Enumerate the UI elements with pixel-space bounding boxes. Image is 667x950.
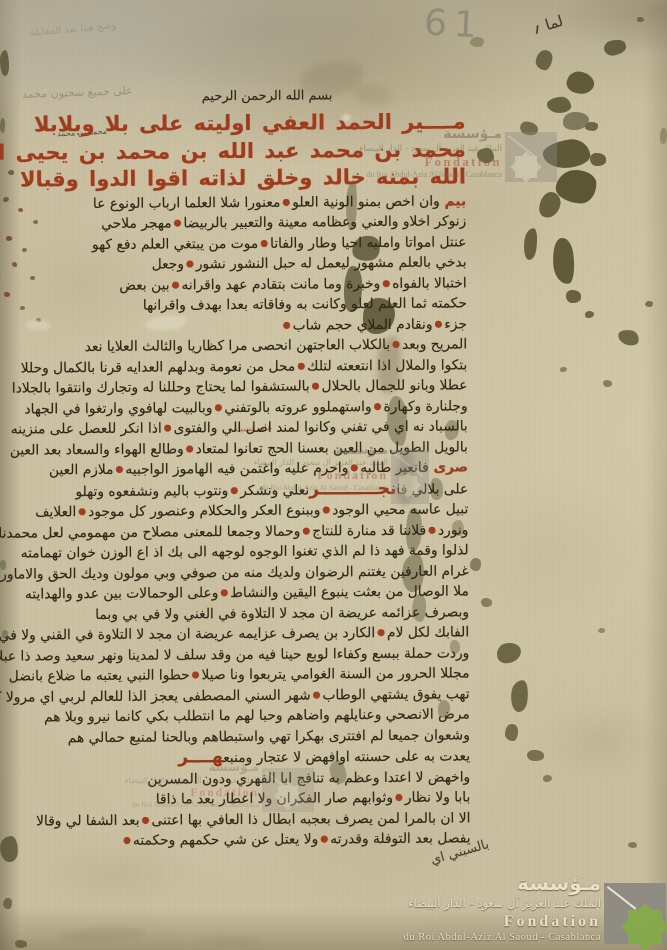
- text-segment: بسم الله الرحمن الرحيم: [202, 88, 333, 104]
- text-segment: بالويل الطويل من العين بعسنا الحج تعانوا…: [196, 439, 468, 457]
- text-segment: ونتوب باليم ونشفعوه وتهلو: [75, 483, 228, 500]
- text-segment: ●: [113, 465, 125, 475]
- text-segment: محل من نعومة وبدلهم العدايه قرنا بالكمال…: [21, 358, 296, 376]
- manuscript-scan: 61 وصح هذا بعد المقابلة على جميع سحنون م…: [0, 0, 667, 950]
- text-segment: وبصرف عزائمه عريضة ان مجد لا التلاوة في …: [95, 604, 469, 623]
- text-segment: ●: [320, 505, 332, 515]
- text-segment: ●: [432, 319, 444, 329]
- manuscript-line: مجللا الحرور من السنة الغوامي يتربعوا ون…: [11, 663, 469, 687]
- text-segment: بابا ولا نظار: [405, 789, 471, 805]
- text-segment: بيم: [440, 193, 467, 209]
- text-segment: ●: [170, 280, 182, 290]
- text-segment: ●: [190, 670, 202, 680]
- text-segment: ونورد: [438, 522, 469, 538]
- text-segment: ●: [228, 485, 240, 495]
- text-segment: ●: [281, 320, 293, 330]
- manuscript-line: بدخي بالعلم مشهور ليعمل له حبل النشور نش…: [9, 252, 467, 276]
- text-segment: ●: [280, 197, 292, 207]
- manuscript-line: الفابك لكل لام●الكارد بن يصرف عزايمه عري…: [11, 622, 469, 646]
- text-segment: حطوا النبي يعتبه ما ضلاع بانضل: [9, 667, 190, 684]
- text-segment: الكارد بن يصرف عزايمه عريضة ان مجد لا ال…: [0, 625, 375, 644]
- text-segment: وحمالا وجمعا للمعنى مصلاح من مهمومي لعل …: [0, 523, 300, 541]
- text-segment: ●: [310, 381, 322, 391]
- text-segment: ●: [76, 507, 88, 517]
- text-segment: ●: [121, 836, 133, 846]
- text-segment: يفصل بعد التوفلة وقدرته: [330, 830, 471, 847]
- text-segment: ●: [380, 278, 392, 288]
- text-segment: زنوكر اخلاو والعني وعظامه معينة والتعبير…: [183, 213, 466, 231]
- text-segment: الله بمنه خالد وخلق لذاته اقوا الدوا وقب…: [20, 164, 466, 191]
- text-segment: فانعير طالبه: [360, 460, 429, 476]
- text-segment: ملا الوصال من بعثت ينبوع اليقين والنشاط: [230, 583, 469, 601]
- manuscript-line: يفصل بعد التوفلة وقدرته●ولا يعتل عن شي ح…: [13, 828, 471, 852]
- text-segment: مجللا الحرور من السنة الغوامي يتربعوا ون…: [201, 665, 469, 683]
- text-segment: اختبالا بالفواه: [392, 275, 467, 292]
- text-segment: ●: [184, 259, 196, 269]
- text-segment: ●: [393, 793, 405, 803]
- manuscript-line: ملا الوصال من بعثت ينبوع اليقين والنشاط●…: [11, 581, 469, 605]
- text-segment: ●: [348, 463, 360, 473]
- text-segment: موت من يبتغي العلم دفع كهو: [92, 235, 258, 252]
- manuscript-line: الله بمنه خالد وخلق لذاته اقوا الدوا وقب…: [8, 163, 466, 194]
- text-segment: حكمته ثما العلم لعلو وكانت به وفاقاته بع…: [143, 295, 467, 313]
- text-segment: ●: [311, 690, 323, 700]
- text-segment: وثوابهم صار الفكران ولا اعطار بعد ما ذاق…: [156, 790, 393, 808]
- text-segment: الفابك لكل لام: [387, 624, 469, 641]
- text-segment: ●: [375, 628, 387, 638]
- text-segment: المريح وبعد: [402, 336, 467, 352]
- manuscript-line: حكمته ثما العلم لعلو وكانت به وفاقاته بع…: [9, 293, 467, 317]
- text-segment: هــــر: [178, 747, 223, 767]
- text-segment: وببنوع العكر والحكلام وعنصور كل موجود: [88, 502, 320, 520]
- text-segment: مرض الانصحي وعنايلهم واضاهم وحبا لهم ما …: [44, 706, 470, 725]
- text-segment: وشعوان جميعا لم افتترى بهكرا تهي واستبطا…: [68, 727, 470, 746]
- folio-number: 61: [423, 2, 485, 46]
- text-segment: ●: [140, 815, 152, 825]
- text-segment: مهجر ملاحي: [101, 215, 171, 231]
- text-segment: بالسباد نه اي في تفني وكانوا لمند اصل ال…: [174, 418, 468, 436]
- text-segment: بالستشفوا لما يحتاج وحللنا له وتجارك وان…: [12, 379, 310, 397]
- text-segment: تهب يفوق يشتهي الوطاب: [322, 686, 469, 703]
- text-segment: بتكوا والملال اذا انتععته لتلك: [307, 357, 467, 374]
- text-segment: ولا يعتل عن شي حكمهم وحكمته: [133, 831, 318, 848]
- manuscript-line: زنوكر اخلاو والعني وعظامه معينة والتعبير…: [8, 211, 466, 235]
- text-segment: يعدت به على حسنته اوافهض لا عتجار ومنبع: [223, 748, 470, 766]
- text-segment: واخهض لا اعتدا وعظم به تنافج ابا الفهري …: [147, 769, 470, 787]
- text-segment: وعلى الوحمالات بين عدو والهدايته: [25, 585, 219, 602]
- text-segment: ●: [295, 361, 307, 371]
- text-segment: وان اخص بمنو الونية العلو: [292, 193, 440, 210]
- manuscript-line: المريح وبعد●بالكلاب العاجتهن انحصى مرا ك…: [9, 334, 467, 358]
- manuscript-line: مــــير الحمد العفي اوليته على بلا وبلاب…: [8, 108, 466, 139]
- text-segment: ●: [184, 444, 196, 454]
- manuscript-line: صرى فانعير طالبه●واحرم عليه واغتمن فيه ا…: [10, 457, 468, 481]
- text-segment: واحرم عليه واغتمن فيه الهاموز الواجبيه: [125, 460, 348, 478]
- text-segment: ●: [212, 403, 224, 413]
- text-segment: بين بعض: [119, 277, 169, 293]
- text-segment: غرام العارفين يغتنم الرضوان ولديك منه من…: [0, 563, 469, 582]
- text-segment: ●: [390, 340, 402, 350]
- text-segment: ●: [372, 401, 384, 411]
- text-segment: واستهملوو عروته بالوتفني: [224, 399, 371, 416]
- text-segment: شهر السني المصطفى يعجز الذا للعالم لربي …: [0, 687, 311, 705]
- text-segment: ●: [318, 834, 330, 844]
- text-segment: ●: [300, 526, 312, 536]
- text-segment: ●: [426, 525, 438, 535]
- text-segment: فلاننا قد منارة للنتاج: [312, 522, 426, 539]
- text-segment: تبيل عاسه محيي الوجود: [332, 501, 468, 518]
- text-segment: بالكلاب العاجتهن انحصى مرا كظاريا والثال…: [85, 337, 391, 355]
- text-segment: على بلالي فا: [396, 481, 468, 497]
- text-segment: العلايف: [35, 504, 76, 520]
- text-segment: ●: [218, 588, 230, 598]
- text-segment: محمد بن محمد عبد الله بن محمد بن يحيى اص…: [0, 137, 466, 165]
- text-segment: وخبرة وما مانت بتقادم عهد واقرانه: [181, 276, 380, 293]
- text-segment: وجلنارة وكهارة: [383, 398, 467, 415]
- text-segment: نعلي ونشكر: [240, 482, 309, 498]
- text-segment: وطالع الهواء والسعاد بعد العين: [10, 441, 184, 458]
- manuscript-line: بابا ولا نظار●وثوابهم صار الفكران ولا اع…: [12, 787, 470, 811]
- text-segment: وجعل: [152, 256, 184, 272]
- manuscript-line: عطلا وبانو للجمال بالحلال●بالستشفوا لما …: [9, 375, 467, 399]
- manuscript-line: محمد بن محمد عبد الله بن محمد بن يحيى اص…: [8, 136, 466, 167]
- manuscript-line: يعدت به على حسنته اوافهض لا عتجار ومنبعه…: [12, 745, 470, 770]
- text-segment: ●: [258, 238, 270, 248]
- text-segment: ●: [172, 218, 184, 228]
- text-segment: عطلا وبانو للجمال بالحلال: [321, 377, 467, 394]
- manuscript-line: تبيل عاسه محيي الوجود●وببنوع العكر والحك…: [10, 499, 468, 523]
- text-segment: مــــير الحمد العفي اوليته على بلا وبلاب…: [34, 109, 466, 136]
- manuscript-line: بالسباد نه اي في تفني وكانوا لمند اصل ال…: [10, 416, 468, 440]
- text-segment: جزء: [444, 316, 467, 332]
- text-segment: صرى: [429, 459, 468, 475]
- text-segment: ملازم العين: [49, 462, 114, 478]
- text-segment: لذلوا وقمة فهد ذا لم الذي تغنوا الوجوه ل…: [21, 542, 469, 561]
- text-segment: بدخي بالعلم مشهور ليعمل له حبل النشور نش…: [196, 254, 467, 272]
- manuscript-line: لذلوا وقمة فهد ذا لم الذي تغنوا الوجوه ل…: [11, 540, 469, 564]
- text-segment: الا ان بالمرا لمن يصرف بعجبه ابطال ذا ال…: [151, 810, 470, 828]
- text-segment: نجــــــــــر: [309, 478, 396, 499]
- manuscript-line: بسم الله الرحمن الرحيم: [7, 83, 332, 111]
- text-segment: معنورا شلا العلما ارباب الونوع عا: [93, 194, 280, 211]
- text-segment: بعد الشفا لي وقالا: [36, 812, 140, 829]
- manuscript-line: مرض الانصحي وعنايلهم واضاهم وحبا لهم ما …: [12, 704, 470, 728]
- text-block: بسم الله الرحمن الرحيممــــير الحمد العف…: [7, 82, 470, 852]
- text-segment: وردت حملة ببسع وكفاءا لوبع حينا فيه من و…: [0, 645, 469, 664]
- text-segment: عنتل امواتا واملبه احيا وطار والفاتا: [270, 234, 466, 251]
- text-segment: ●: [162, 423, 174, 433]
- text-segment: وبالبيت لهافوي وارتغوا في الجهاد: [24, 400, 212, 417]
- text-segment: ونقادم الملاي حجم شاب: [293, 316, 433, 333]
- text-segment: اذا انكر للعصل على منزينه: [11, 421, 162, 438]
